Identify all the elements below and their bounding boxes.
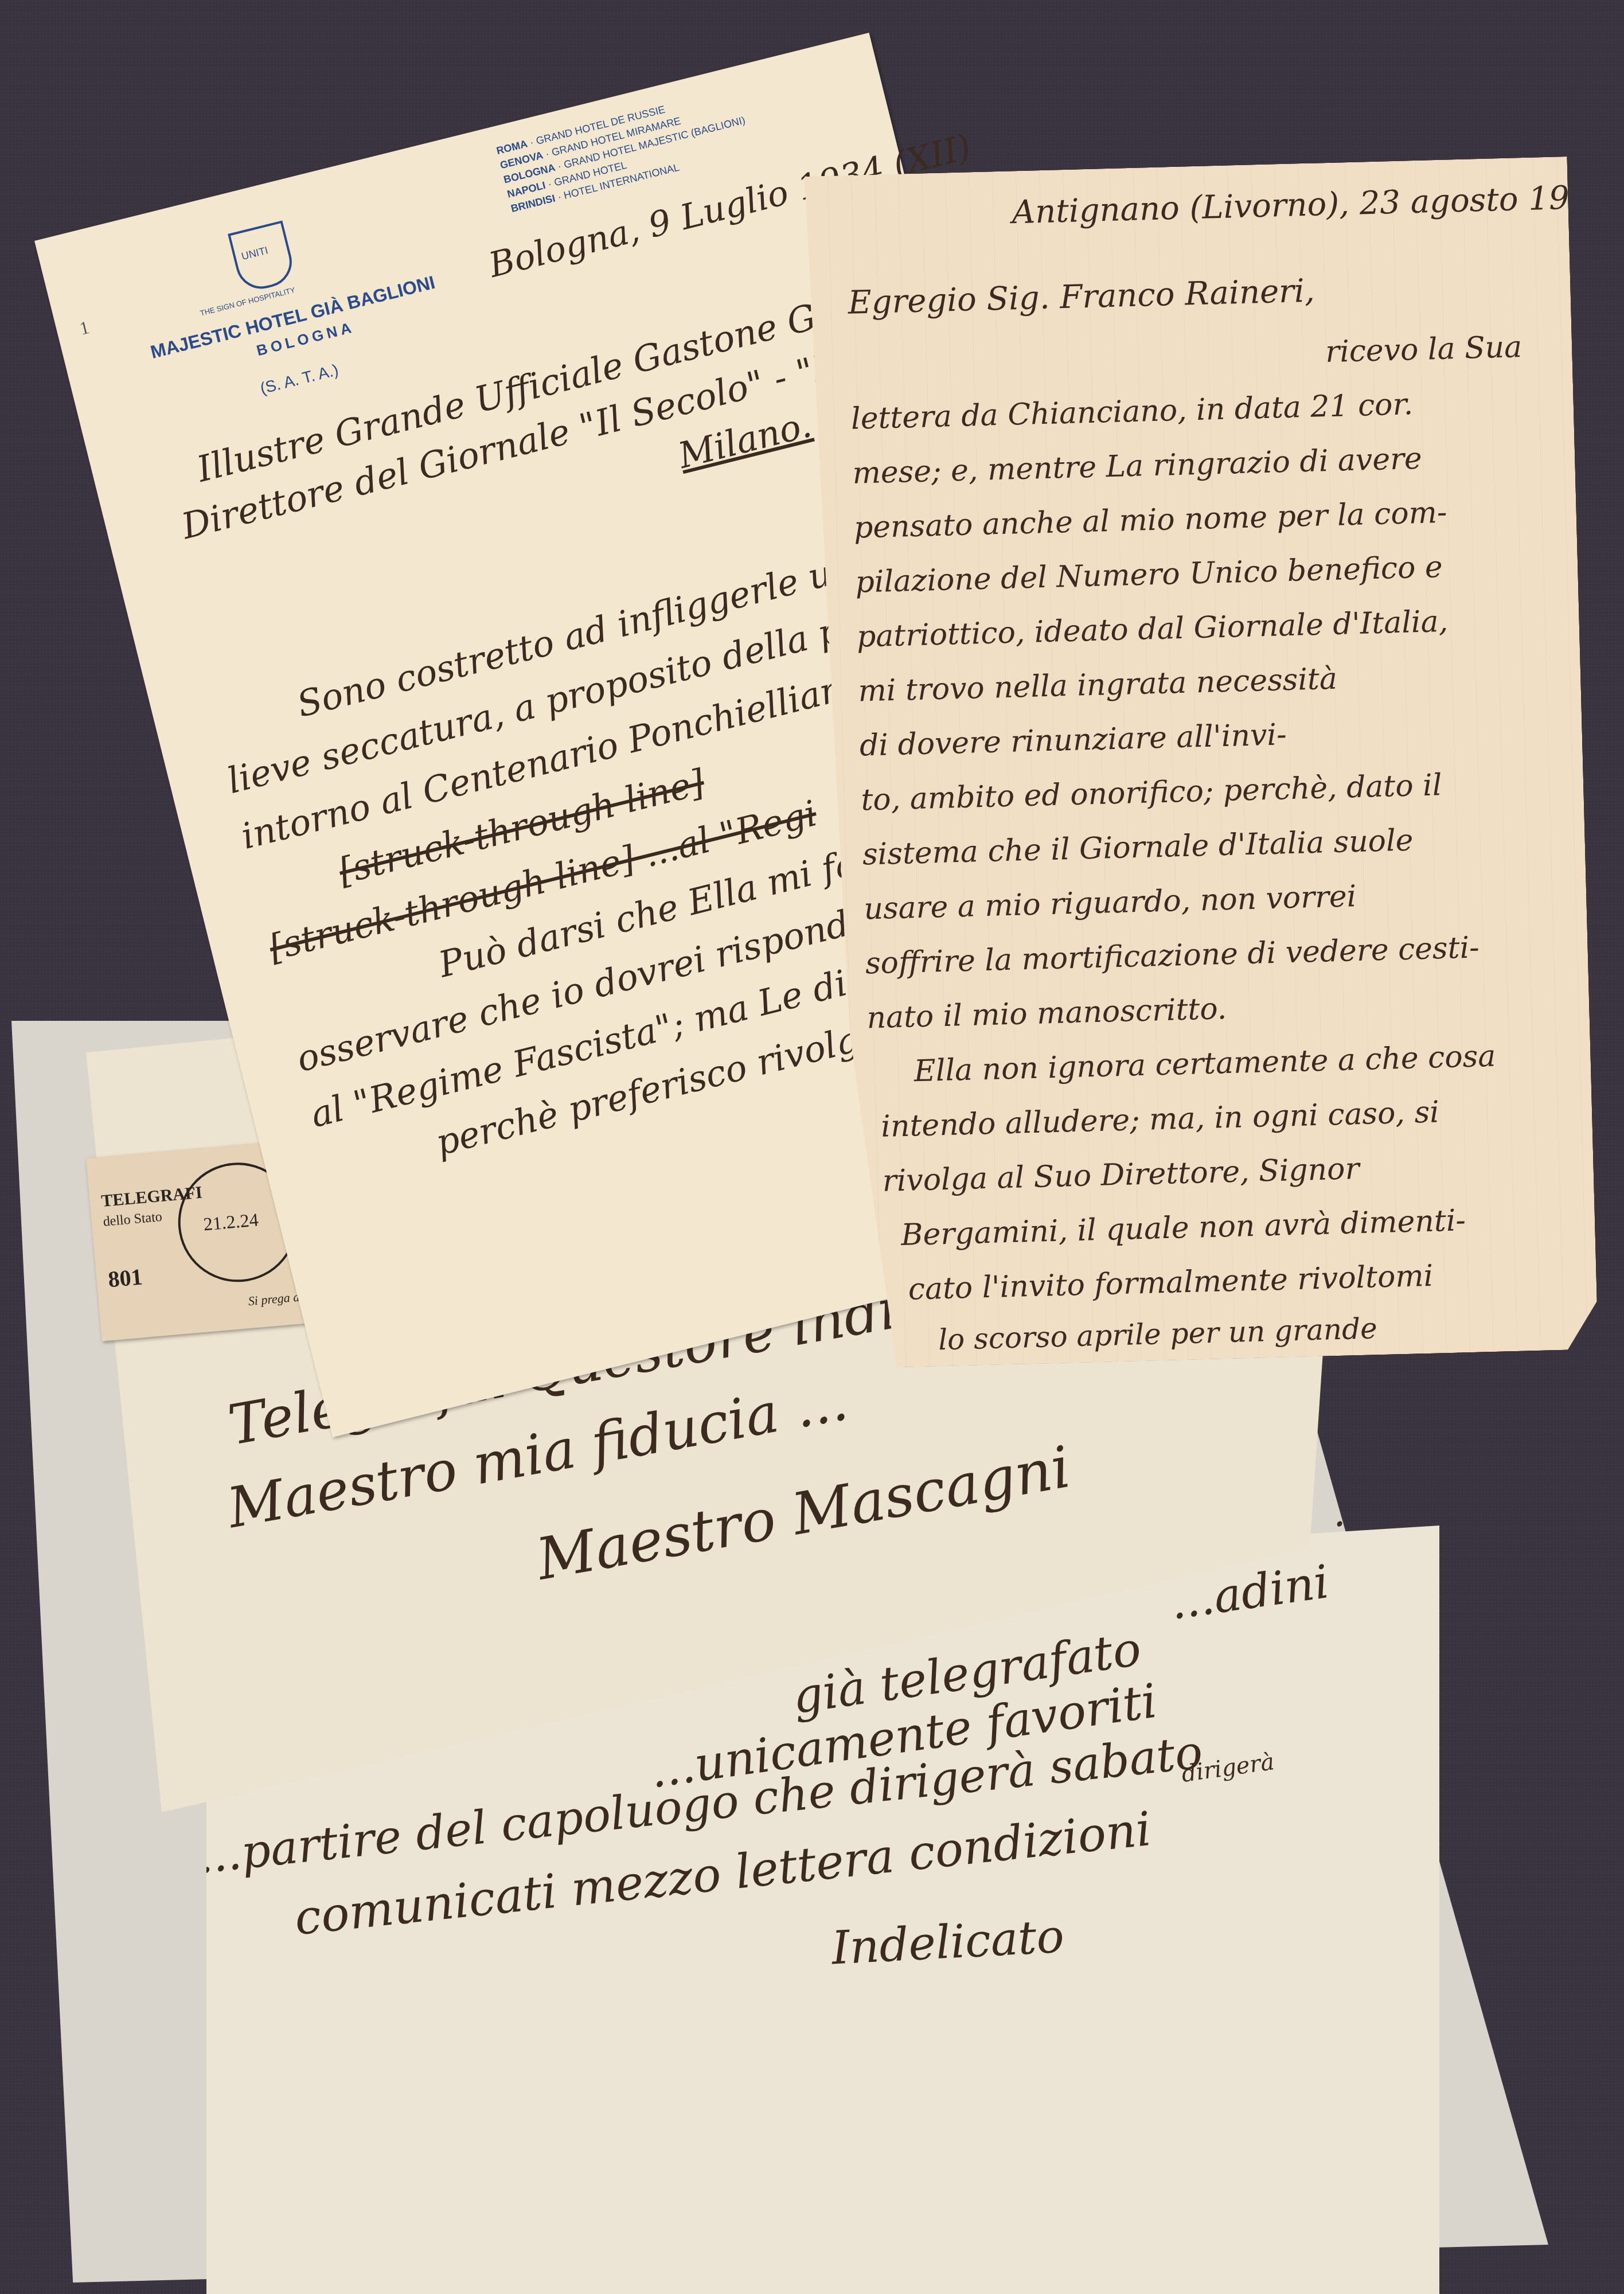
telegram-number: 801 xyxy=(107,1263,143,1293)
body-line: mese; e, mentre La ringrazio di avere xyxy=(852,442,1423,491)
body-line: rivolga al Suo Direttore, Signor xyxy=(882,1152,1360,1199)
body-line: sistema che il Giornale d'Italia suole xyxy=(862,823,1414,872)
body-line: nato il mio manoscritto. xyxy=(866,992,1227,1035)
telegram-subheader: dello Stato xyxy=(103,1210,163,1230)
fragment-mascagni: ...Mascagni xyxy=(1408,1536,1624,1630)
body-line: mi trovo nella ingrata necessità xyxy=(858,662,1338,709)
body-line: pensato anche al mio nome per la com- xyxy=(853,496,1447,545)
company-name: (S. A. T. A.) xyxy=(258,361,340,398)
fragment-ttore: ...ttore xyxy=(1339,1359,1483,1429)
body-line: cato l'invito formalmente rivoltomi xyxy=(908,1259,1434,1307)
draft-signature-indelicato: Indelicato xyxy=(830,1909,1065,1975)
body-line: di dovere rinunziare all'invi- xyxy=(859,717,1287,763)
letter-date: Antignano (Livorno), 23 agosto 1917 xyxy=(1012,178,1611,231)
body-line: Ella non ignora certamente a che cosa xyxy=(913,1039,1496,1089)
body-line: ricevo la Sua xyxy=(1325,330,1522,369)
body-line: lo scorso aprile per un grande xyxy=(938,1312,1377,1356)
body-line: pilazione del Numero Unico benefico e xyxy=(855,550,1443,600)
fragment-del: del xyxy=(1361,1411,1431,1469)
page-mark: 1 xyxy=(77,317,91,340)
body-line: intendo alludere; ma, in ogni caso, si xyxy=(881,1095,1440,1144)
postmark-date: 21.2.24 xyxy=(202,1209,259,1235)
body-line: lettera da Chianciano, in data 21 cor. xyxy=(850,387,1414,436)
antignano-letter: Antignano (Livorno), 23 agosto 1917 Egre… xyxy=(805,157,1598,1369)
body-line: Bergamini, il quale non avrà dimenti- xyxy=(901,1203,1466,1253)
body-line: to, ambito ed onorifico; perchè, dato il xyxy=(861,768,1442,818)
salutation: Egregio Sig. Franco Raineri, xyxy=(848,272,1315,322)
uniti-emblem-icon: UNITI xyxy=(228,220,297,294)
body-line: patriottico, ideato dal Giornale d'Itali… xyxy=(856,604,1449,654)
body-line: usare a mio riguardo, non vorrei xyxy=(864,879,1357,926)
body-line: soffrire la mortificazione di vedere ces… xyxy=(865,930,1479,981)
